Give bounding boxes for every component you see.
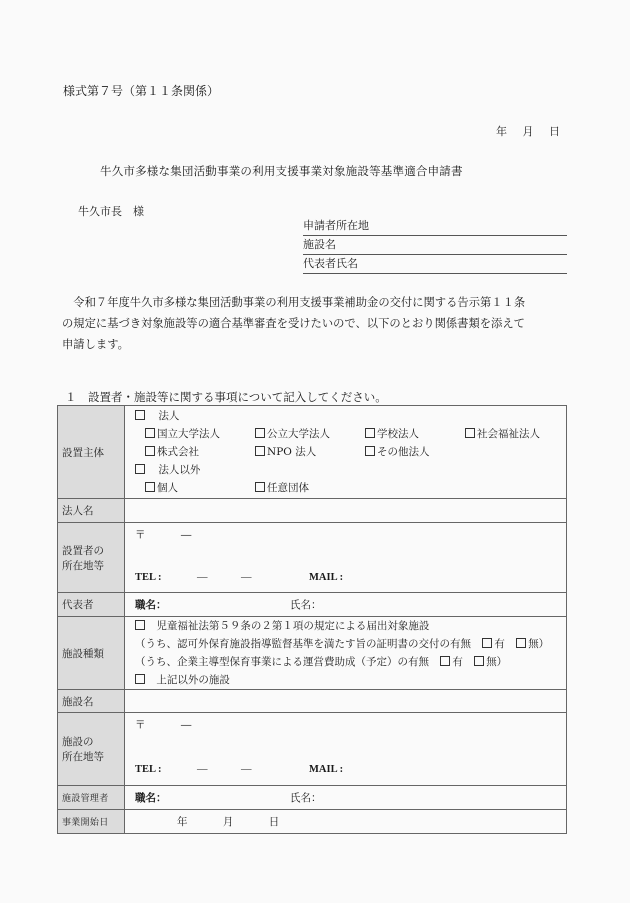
document-title: 牛久市多様な集団活動事業の利用支援事業対象施設等基準適合申請書 xyxy=(100,163,463,179)
postal-mark-icon: 〒 xyxy=(135,719,146,731)
checkbox-icon[interactable] xyxy=(255,482,265,492)
label-facility-manager: 施設管理者 xyxy=(58,786,125,810)
facility-address-input[interactable]: 〒 ― TEL :――MAIL : xyxy=(125,713,567,786)
checkbox-icon[interactable] xyxy=(440,656,450,666)
establisher-address-input[interactable]: 〒 ― TEL :――MAIL : xyxy=(125,523,567,593)
start-year: 年 xyxy=(177,816,188,828)
postal-mark-icon: 〒 xyxy=(135,529,146,541)
row-facility-name: 施設名 xyxy=(58,690,567,713)
row-establisher-type: 設置主体 法人 国立大学法人公立大学法人学校法人社会福祉法人 株式会社NPO 法… xyxy=(58,406,567,499)
postal-code-line[interactable]: 〒 ― xyxy=(135,526,566,544)
representative-title-label: 職名： xyxy=(135,597,290,612)
label-start-date: 事業開始日 xyxy=(58,810,125,834)
row-corporation-name: 法人名 xyxy=(58,499,567,523)
manager-title-label: 職名： xyxy=(135,790,290,805)
option-social-welfare[interactable]: 社会福祉法人 xyxy=(465,425,540,443)
label-facility-name: 施設名 xyxy=(58,690,125,713)
date-year[interactable]: 年 xyxy=(496,125,507,138)
row-representative: 代表者 職名：氏名： xyxy=(58,593,567,617)
option-public-university[interactable]: 公立大学法人 xyxy=(255,425,365,443)
checkbox-icon[interactable] xyxy=(135,620,145,630)
contact-line: TEL :――MAIL : xyxy=(135,761,566,779)
subsidy-yes[interactable]: 有 xyxy=(440,656,463,668)
manager-name-label: 氏名： xyxy=(290,792,322,804)
tel-label: TEL : xyxy=(135,569,197,587)
label-representative: 代表者 xyxy=(58,593,125,617)
facility-manager-input[interactable]: 職名：氏名： xyxy=(125,786,567,810)
corp-options-row-2: 株式会社NPO 法人その他法人 xyxy=(135,443,566,461)
date-month[interactable]: 月 xyxy=(523,125,534,138)
checkbox-icon[interactable] xyxy=(365,428,375,438)
applicant-address-field[interactable]: 申請者所在地 xyxy=(303,218,567,236)
label-establisher-type: 設置主体 xyxy=(58,406,125,499)
row-start-date: 事業開始日 年 月 日 xyxy=(58,810,567,834)
statement-line-2: の規定に基づき対象施設等の適合基準審査を受けたいので、以下のとおり関係書類を添え… xyxy=(62,313,572,334)
non-corp-options-row: 個人任意団体 xyxy=(135,479,566,497)
checkbox-icon[interactable] xyxy=(135,464,145,474)
mail-label: MAIL : xyxy=(309,764,343,775)
checkbox-icon[interactable] xyxy=(255,446,265,456)
option-non-corporation[interactable]: 法人以外 xyxy=(135,461,566,479)
representative-name-label: 氏名： xyxy=(290,599,322,611)
option-other-corporation[interactable]: その他法人 xyxy=(365,443,430,461)
applicant-representative-field[interactable]: 代表者氏名 xyxy=(303,256,567,274)
label-corporation-name: 法人名 xyxy=(58,499,125,523)
certificate-yes[interactable]: 有 xyxy=(482,638,505,650)
checkbox-icon[interactable] xyxy=(474,656,484,666)
application-date: 年 月 日 xyxy=(496,123,560,139)
facility-name-input[interactable] xyxy=(125,690,567,713)
option-notified-facility[interactable]: 児童福祉法第５９条の２第１項の規定による届出対象施設 xyxy=(135,617,566,635)
corporation-name-input[interactable] xyxy=(125,499,567,523)
option-school-corporation[interactable]: 学校法人 xyxy=(365,425,465,443)
contact-line: TEL :――MAIL : xyxy=(135,569,566,587)
label-establisher-address: 設置者の 所在地等 xyxy=(58,523,125,593)
checkbox-icon[interactable] xyxy=(135,410,145,420)
applicant-facility-name-field[interactable]: 施設名 xyxy=(303,237,567,255)
certificate-question: （うち、認可外保育施設指導監督基準を満たす旨の証明書の交付の有無 有 無） xyxy=(135,635,566,653)
row-facility-address: 施設の 所在地等 〒 ― TEL :――MAIL : xyxy=(58,713,567,786)
checkbox-icon[interactable] xyxy=(465,428,475,438)
label-facility-type: 施設種類 xyxy=(58,617,125,690)
statement-line-1: 令和７年度牛久市多様な集団活動事業の利用支援事業補助金の交付に関する告示第１１条 xyxy=(62,292,572,313)
checkbox-icon[interactable] xyxy=(516,638,526,648)
facility-type-options: 児童福祉法第５９条の２第１項の規定による届出対象施設 （うち、認可外保育施設指導… xyxy=(125,617,567,690)
start-date-input[interactable]: 年 月 日 xyxy=(125,810,567,834)
option-individual[interactable]: 個人 xyxy=(145,479,255,497)
certificate-no[interactable]: 無） xyxy=(516,638,549,650)
checkbox-icon[interactable] xyxy=(135,674,145,684)
start-month: 月 xyxy=(223,816,234,828)
checkbox-icon[interactable] xyxy=(365,446,375,456)
checkbox-icon[interactable] xyxy=(145,446,155,456)
section-1-heading: １ 設置者・施設等に関する事項について記入してください。 xyxy=(65,389,387,405)
establisher-facility-table: 設置主体 法人 国立大学法人公立大学法人学校法人社会福祉法人 株式会社NPO 法… xyxy=(57,405,567,834)
option-voluntary-group[interactable]: 任意団体 xyxy=(255,479,309,497)
option-national-university[interactable]: 国立大学法人 xyxy=(145,425,255,443)
row-facility-manager: 施設管理者 職名：氏名： xyxy=(58,786,567,810)
mail-label: MAIL : xyxy=(309,572,343,583)
checkbox-icon[interactable] xyxy=(145,428,155,438)
checkbox-icon[interactable] xyxy=(255,428,265,438)
option-other-facility[interactable]: 上記以外の施設 xyxy=(135,671,566,689)
subsidy-no[interactable]: 無） xyxy=(474,656,507,668)
postal-code-line[interactable]: 〒 ― xyxy=(135,716,566,734)
date-day[interactable]: 日 xyxy=(549,125,560,138)
addressee: 牛久市長 様 xyxy=(78,203,144,219)
row-facility-type: 施設種類 児童福祉法第５９条の２第１項の規定による届出対象施設 （うち、認可外保… xyxy=(58,617,567,690)
application-statement: 令和７年度牛久市多様な集団活動事業の利用支援事業補助金の交付に関する告示第１１条… xyxy=(62,292,572,355)
subsidy-question: （うち、企業主導型保育事業による運営費助成（予定）の有無 有 無） xyxy=(135,653,566,671)
label-facility-address: 施設の 所在地等 xyxy=(58,713,125,786)
option-npo[interactable]: NPO 法人 xyxy=(255,443,365,461)
statement-line-3: 申請します。 xyxy=(62,334,572,355)
tel-label: TEL : xyxy=(135,761,197,779)
checkbox-icon[interactable] xyxy=(145,482,155,492)
corp-options-row-1: 国立大学法人公立大学法人学校法人社会福祉法人 xyxy=(135,425,566,443)
applicant-fields: 申請者所在地 施設名 代表者氏名 xyxy=(303,218,567,275)
option-stock-company[interactable]: 株式会社 xyxy=(145,443,255,461)
representative-input[interactable]: 職名：氏名： xyxy=(125,593,567,617)
checkbox-icon[interactable] xyxy=(482,638,492,648)
row-establisher-address: 設置者の 所在地等 〒 ― TEL :――MAIL : xyxy=(58,523,567,593)
establisher-type-options: 法人 国立大学法人公立大学法人学校法人社会福祉法人 株式会社NPO 法人その他法… xyxy=(125,406,567,499)
start-day: 日 xyxy=(269,816,280,828)
option-corporation[interactable]: 法人 xyxy=(135,407,566,425)
form-number: 様式第７号（第１１条関係） xyxy=(63,82,219,99)
